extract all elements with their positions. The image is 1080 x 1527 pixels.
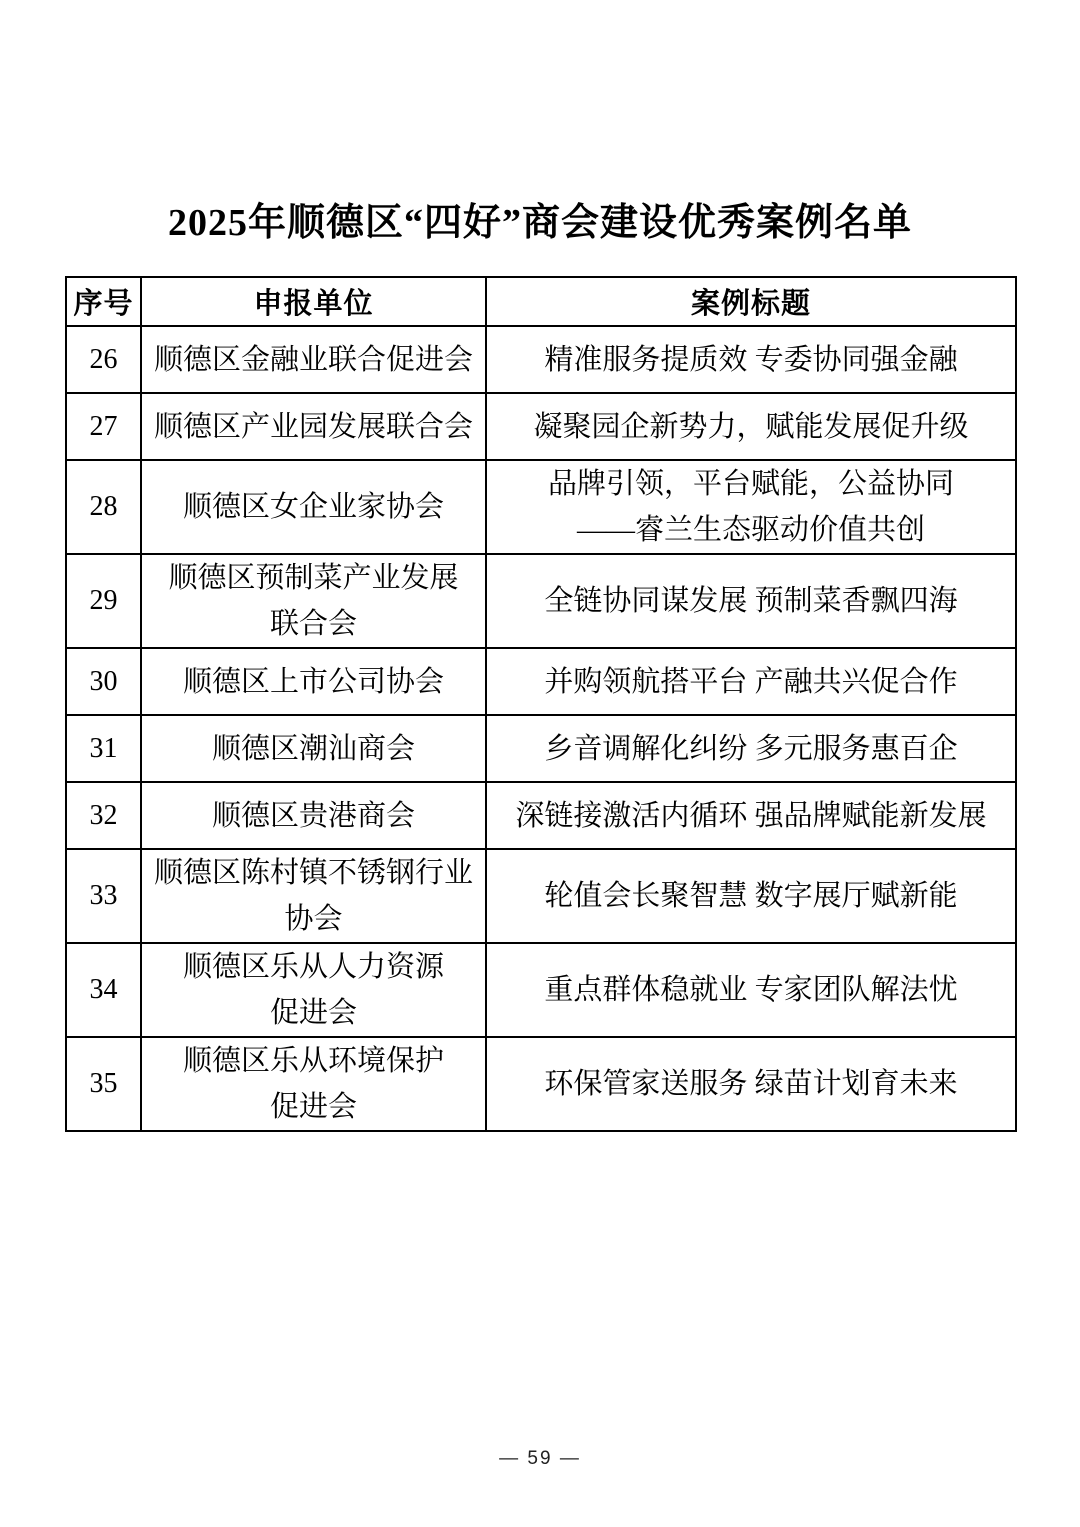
table-row: 32 顺德区贵港商会 深链接激活内循环 强品牌赋能新发展 [66, 782, 1016, 849]
cell-applicant-unit: 顺德区上市公司协会 [141, 648, 486, 715]
table-row: 30 顺德区上市公司协会 并购领航搭平台 产融共兴促合作 [66, 648, 1016, 715]
table-row: 26 顺德区金融业联合促进会 精准服务提质效 专委协同强金融 [66, 326, 1016, 393]
table-row: 34 顺德区乐从人力资源 促进会 重点群体稳就业 专家团队解法忧 [66, 943, 1016, 1037]
cell-case-title: 深链接激活内循环 强品牌赋能新发展 [486, 782, 1016, 849]
document-page: 2025年顺德区“四好”商会建设优秀案例名单 序号 申报单位 案例标题 26 顺… [0, 0, 1080, 1527]
cell-case-title: 精准服务提质效 专委协同强金融 [486, 326, 1016, 393]
table-header-row: 序号 申报单位 案例标题 [66, 277, 1016, 326]
cell-serial-number: 33 [66, 849, 141, 943]
cell-applicant-unit: 顺德区金融业联合促进会 [141, 326, 486, 393]
header-cell-serial-number: 序号 [66, 277, 141, 326]
cell-serial-number: 28 [66, 460, 141, 554]
cell-case-title: 全链协同谋发展 预制菜香飘四海 [486, 554, 1016, 648]
cell-serial-number: 29 [66, 554, 141, 648]
page-number: — 59 — [0, 1448, 1080, 1470]
case-list-table: 序号 申报单位 案例标题 26 顺德区金融业联合促进会 精准服务提质效 专委协同… [65, 276, 1017, 1132]
header-cell-applicant-unit: 申报单位 [141, 277, 486, 326]
cell-applicant-unit: 顺德区陈村镇不锈钢行业 协会 [141, 849, 486, 943]
header-cell-case-title: 案例标题 [486, 277, 1016, 326]
table-row: 31 顺德区潮汕商会 乡音调解化纠纷 多元服务惠百企 [66, 715, 1016, 782]
table-row: 27 顺德区产业园发展联合会 凝聚园企新势力，赋能发展促升级 [66, 393, 1016, 460]
cell-case-title: 轮值会长聚智慧 数字展厅赋新能 [486, 849, 1016, 943]
cell-applicant-unit: 顺德区贵港商会 [141, 782, 486, 849]
cell-case-title: 环保管家送服务 绿苗计划育未来 [486, 1037, 1016, 1131]
cell-applicant-unit: 顺德区产业园发展联合会 [141, 393, 486, 460]
cell-serial-number: 26 [66, 326, 141, 393]
cell-serial-number: 32 [66, 782, 141, 849]
cell-applicant-unit: 顺德区预制菜产业发展 联合会 [141, 554, 486, 648]
cell-applicant-unit: 顺德区女企业家协会 [141, 460, 486, 554]
cell-serial-number: 31 [66, 715, 141, 782]
cell-case-title: 重点群体稳就业 专家团队解法忧 [486, 943, 1016, 1037]
cell-serial-number: 35 [66, 1037, 141, 1131]
table-row: 29 顺德区预制菜产业发展 联合会 全链协同谋发展 预制菜香飘四海 [66, 554, 1016, 648]
table-row: 28 顺德区女企业家协会 品牌引领，平台赋能，公益协同 ——睿兰生态驱动价值共创 [66, 460, 1016, 554]
cell-serial-number: 30 [66, 648, 141, 715]
cell-serial-number: 34 [66, 943, 141, 1037]
cell-applicant-unit: 顺德区乐从环境保护 促进会 [141, 1037, 486, 1131]
cell-applicant-unit: 顺德区潮汕商会 [141, 715, 486, 782]
cell-case-title: 乡音调解化纠纷 多元服务惠百企 [486, 715, 1016, 782]
cell-case-title: 品牌引领，平台赋能，公益协同 ——睿兰生态驱动价值共创 [486, 460, 1016, 554]
cell-case-title: 凝聚园企新势力，赋能发展促升级 [486, 393, 1016, 460]
cell-applicant-unit: 顺德区乐从人力资源 促进会 [141, 943, 486, 1037]
table-row: 35 顺德区乐从环境保护 促进会 环保管家送服务 绿苗计划育未来 [66, 1037, 1016, 1131]
document-title: 2025年顺德区“四好”商会建设优秀案例名单 [0, 191, 1080, 246]
cell-serial-number: 27 [66, 393, 141, 460]
cell-case-title: 并购领航搭平台 产融共兴促合作 [486, 648, 1016, 715]
table-row: 33 顺德区陈村镇不锈钢行业 协会 轮值会长聚智慧 数字展厅赋新能 [66, 849, 1016, 943]
